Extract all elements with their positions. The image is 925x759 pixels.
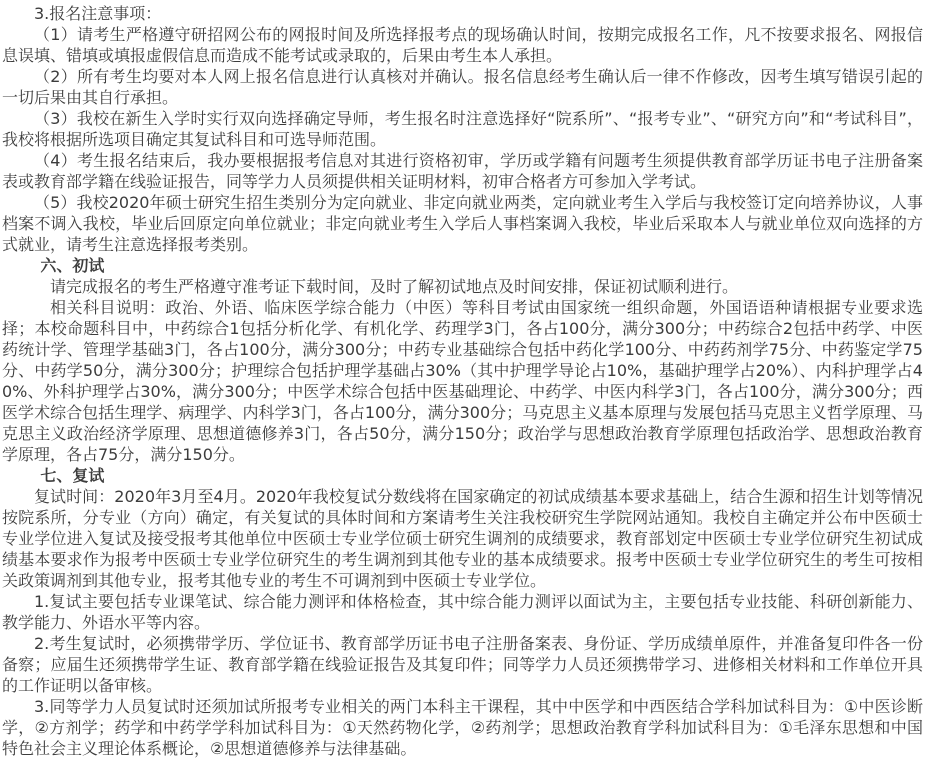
section-heading-retest: 七、复试 (2, 465, 923, 486)
registration-note-3: （3）我校在新生入学时实行双向选择确定导师，考生报名时注意选择好“院系所”、“报… (2, 108, 923, 150)
registration-note-5: （5）我校2020年硕士研究生招生类别分为定向就业、非定向就业两类，定向就业考生… (2, 192, 923, 255)
first-exam-intro: 请完成报名的考生严格遵守准考证下载时间，及时了解初试地点及时间安排，保证初试顺利… (2, 276, 923, 297)
registration-note-4: （4）考生报名结束后，我办要根据报考信息对其进行资格初审，学历或学籍有问题考生须… (2, 150, 923, 192)
retest-item-3: 3.同等学力人员复试时还须加试所报考专业相关的两门本科主干课程，其中中医学和中西… (2, 696, 923, 759)
retest-time-paragraph: 复试时间：2020年3月至4月。2020年我校复试分数线将在国家确定的初试成绩基… (2, 486, 923, 591)
section-heading-first-exam: 六、初试 (2, 255, 923, 276)
retest-item-2: 2.考生复试时，必须携带学历、学位证书、教育部学历证书电子注册备案表、身份证、学… (2, 633, 923, 696)
retest-item-1: 1.复试主要包括专业课笔试、综合能力测评和体格检查，其中综合能力测评以面试为主，… (2, 591, 923, 633)
related-subjects-description: 相关科目说明：政治、外语、临床医学综合能力（中医）等科目考试由国家统一组织命题，… (2, 297, 923, 465)
registration-note-2: （2）所有考生均要对本人网上报名信息进行认真核对并确认。报名信息经考生确认后一律… (2, 66, 923, 108)
document-page: 3.报名注意事项： （1）请考生严格遵守研招网公布的网报时间及所选择报考点的现场… (0, 0, 925, 759)
registration-note-1: （1）请考生严格遵守研招网公布的网报时间及所选择报考点的现场确认时间，按期完成报… (2, 24, 923, 66)
registration-notes-title: 3.报名注意事项： (2, 3, 923, 24)
